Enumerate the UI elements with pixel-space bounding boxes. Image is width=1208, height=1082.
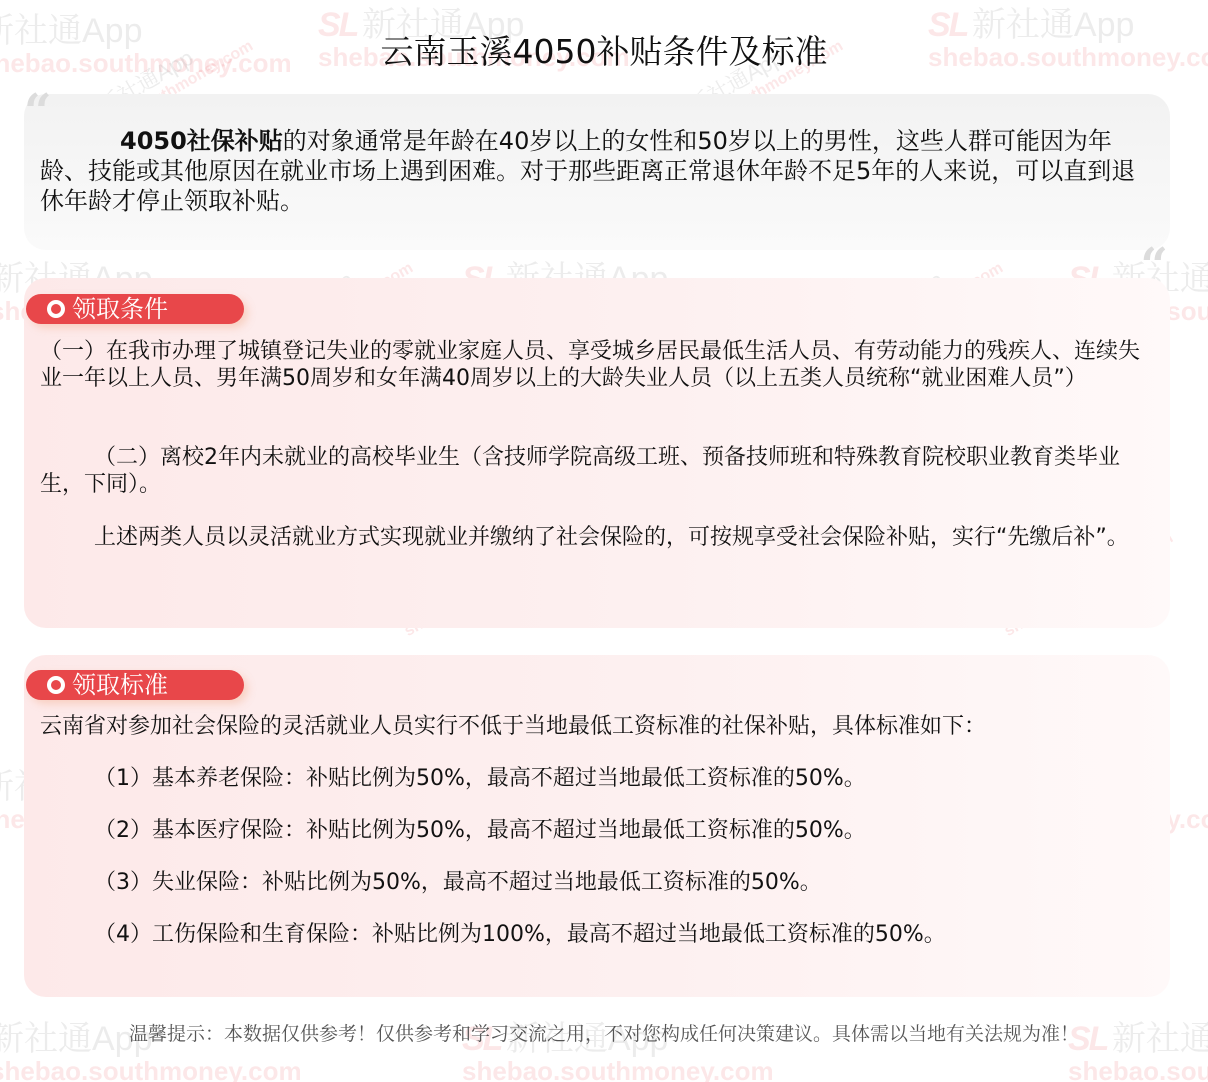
section-label-pill: 领取条件 <box>26 294 244 324</box>
intro-bold-term: 4050社保补贴 <box>120 127 283 155</box>
intro-paragraph: 4050社保补贴的对象通常是年龄在40岁以上的女性和50岁以上的男性，这些人群可… <box>40 126 1140 216</box>
standard-item: （4）工伤保险和生育保险：补贴比例为100%，最高不超过当地最低工资标准的50%… <box>40 921 1140 948</box>
standard-item: （1）基本养老保险：补贴比例为50%，最高不超过当地最低工资标准的50%。 <box>40 765 1140 792</box>
condition-paragraph: 上述两类人员以灵活就业方式实现就业并缴纳了社会保险的，可按规享受社会保险补贴，实… <box>40 524 1140 551</box>
standard-item: （3）失业保险：补贴比例为50%，最高不超过当地最低工资标准的50%。 <box>40 869 1140 896</box>
circle-icon <box>47 676 65 694</box>
section-label-pill: 领取标准 <box>26 670 244 700</box>
section-label: 领取标准 <box>72 671 168 699</box>
section-label: 领取条件 <box>72 295 168 323</box>
condition-paragraph: （一）在我市办理了城镇登记失业的零就业家庭人员、享受城乡居民最低生活人员、有劳动… <box>40 338 1140 392</box>
intro-card: “ 4050社保补贴的对象通常是年龄在40岁以上的女性和50岁以上的男性，这些人… <box>24 94 1170 250</box>
circle-icon <box>47 300 65 318</box>
disclaimer-footer: 温馨提示：本数据仅供参考！仅供参考和学习交流之用，不对您构成任何决策建议。具体需… <box>0 1019 1208 1046</box>
standard-intro: 云南省对参加社会保险的灵活就业人员实行不低于当地最低工资标准的社保补贴，具体标准… <box>40 713 1140 740</box>
page-title: 云南玉溪4050补贴条件及标准 <box>0 26 1208 73</box>
standard-item: （2）基本医疗保险：补贴比例为50%，最高不超过当地最低工资标准的50%。 <box>40 817 1140 844</box>
section-standards: 领取标准 云南省对参加社会保险的灵活就业人员实行不低于当地最低工资标准的社保补贴… <box>24 655 1170 997</box>
section-conditions: 领取条件 （一）在我市办理了城镇登记失业的零就业家庭人员、享受城乡居民最低生活人… <box>24 278 1170 628</box>
condition-paragraph: （二）离校2年内未就业的高校毕业生（含技师学院高级工班、预备技师班和特殊教育院校… <box>40 444 1140 498</box>
